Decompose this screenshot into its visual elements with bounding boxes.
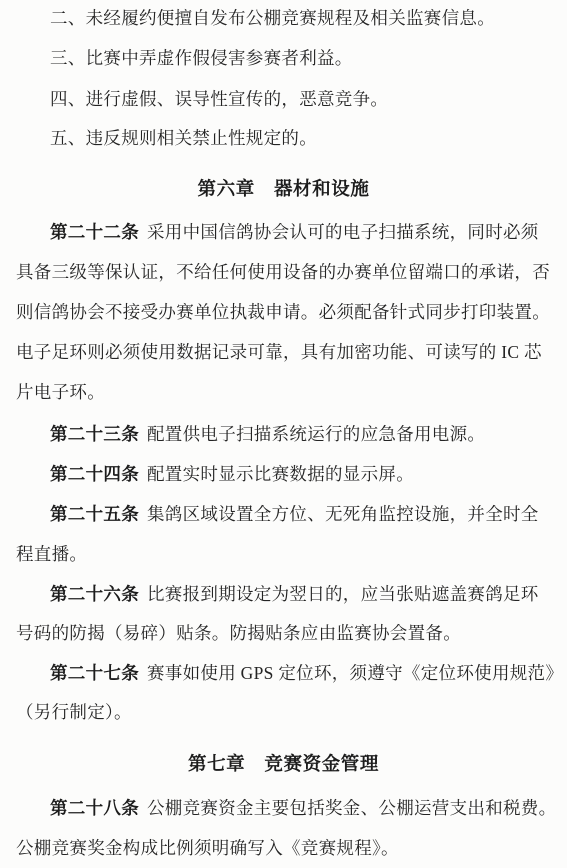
article-number: 第二十五条 — [50, 504, 147, 524]
line-text: 比赛报到期设定为翌日的，应当张贴遮盖赛鸽足环 — [147, 584, 539, 604]
article-25-line: 程直播。 — [16, 543, 553, 565]
line-text: 具备三级等保认证，不给任何使用设备的办赛单位留端口的承诺，否 — [16, 262, 550, 282]
chapter-heading-7: 第七章 竞赛资金管理 — [0, 754, 567, 776]
article-number: 第二十四条 — [50, 464, 147, 484]
article-22-line: 第二十二条采用中国信鸽协会认可的电子扫描系统，同时必须 — [16, 221, 553, 243]
article-27-line: （另行制定）。 — [16, 701, 553, 723]
line-text: 电子足环则必须使用数据记录可靠，具有加密功能、可读写的 IC 芯 — [16, 342, 542, 362]
article-number: 第二十二条 — [50, 222, 147, 242]
line-text: 赛事如使用 GPS 定位环，须遵守《定位环使用规范》 — [147, 663, 563, 683]
line-text: 程直播。 — [16, 544, 87, 564]
article-28-line: 公棚竞赛奖金构成比例须明确写入《竞赛规程》。 — [16, 837, 553, 859]
list-item-5: 五、违反规则相关禁止性规定的。 — [16, 127, 553, 149]
line-text: 配置供电子扫描系统运行的应急备用电源。 — [147, 424, 485, 444]
article-22-line: 则信鸽协会不接受办赛单位执裁申请。必须配备针式同步打印装置。 — [16, 301, 553, 323]
article-22-line: 电子足环则必须使用数据记录可靠，具有加密功能、可读写的 IC 芯 — [16, 341, 553, 363]
article-23-line: 第二十三条配置供电子扫描系统运行的应急备用电源。 — [16, 423, 553, 445]
line-text: （另行制定）。 — [16, 702, 132, 722]
chapter-heading-6: 第六章 器材和设施 — [0, 179, 567, 201]
article-25-line: 第二十五条集鸽区域设置全方位、无死角监控设施，并全时全 — [16, 503, 553, 525]
line-text: 采用中国信鸽协会认可的电子扫描系统，同时必须 — [147, 222, 539, 242]
list-item-4: 四、进行虚假、误导性宣传的，恶意竞争。 — [16, 88, 553, 110]
article-number: 第二十七条 — [50, 663, 147, 683]
line-text: 二、未经履约便擅自发布公棚竞赛规程及相关监赛信息。 — [50, 8, 495, 28]
article-22-line: 片电子环。 — [16, 381, 553, 403]
article-number: 第二十八条 — [50, 798, 147, 818]
article-24-line: 第二十四条配置实时显示比赛数据的显示屏。 — [16, 463, 553, 485]
article-28-line: 第二十八条公棚竞赛资金主要包括奖金、公棚运营支出和税费。 — [16, 797, 553, 819]
line-text: 三、比赛中弄虚作假侵害参赛者利益。 — [50, 48, 353, 68]
scanned-document-page: 二、未经履约便擅自发布公棚竞赛规程及相关监赛信息。 三、比赛中弄虚作假侵害参赛者… — [0, 0, 567, 868]
line-text: 公棚竞赛资金主要包括奖金、公棚运营支出和税费。 — [147, 798, 556, 818]
article-number: 第二十三条 — [50, 424, 147, 444]
heading-text: 第六章 器材和设施 — [198, 180, 370, 200]
line-text: 五、违反规则相关禁止性规定的。 — [50, 128, 317, 148]
article-22-line: 具备三级等保认证，不给任何使用设备的办赛单位留端口的承诺，否 — [16, 261, 553, 283]
line-text: 片电子环。 — [16, 382, 105, 402]
line-text: 则信鸽协会不接受办赛单位执裁申请。必须配备针式同步打印装置。 — [16, 302, 550, 322]
line-text: 四、进行虚假、误导性宣传的，恶意竞争。 — [50, 89, 388, 109]
line-text: 公棚竞赛奖金构成比例须明确写入《竞赛规程》。 — [16, 838, 399, 858]
line-text: 集鸽区域设置全方位、无死角监控设施，并全时全 — [147, 504, 539, 524]
heading-text: 第七章 竞赛资金管理 — [188, 755, 379, 775]
article-26-line: 第二十六条比赛报到期设定为翌日的，应当张贴遮盖赛鸽足环 — [16, 583, 553, 605]
article-number: 第二十六条 — [50, 584, 147, 604]
line-text: 号码的防揭（易碎）贴条。防揭贴条应由监赛协会置备。 — [16, 623, 461, 643]
list-item-2: 二、未经履约便擅自发布公棚竞赛规程及相关监赛信息。 — [16, 7, 553, 29]
line-text: 配置实时显示比赛数据的显示屏。 — [147, 464, 414, 484]
list-item-3: 三、比赛中弄虚作假侵害参赛者利益。 — [16, 47, 553, 69]
article-26-line: 号码的防揭（易碎）贴条。防揭贴条应由监赛协会置备。 — [16, 622, 553, 644]
article-27-line: 第二十七条赛事如使用 GPS 定位环，须遵守《定位环使用规范》 — [16, 662, 553, 684]
